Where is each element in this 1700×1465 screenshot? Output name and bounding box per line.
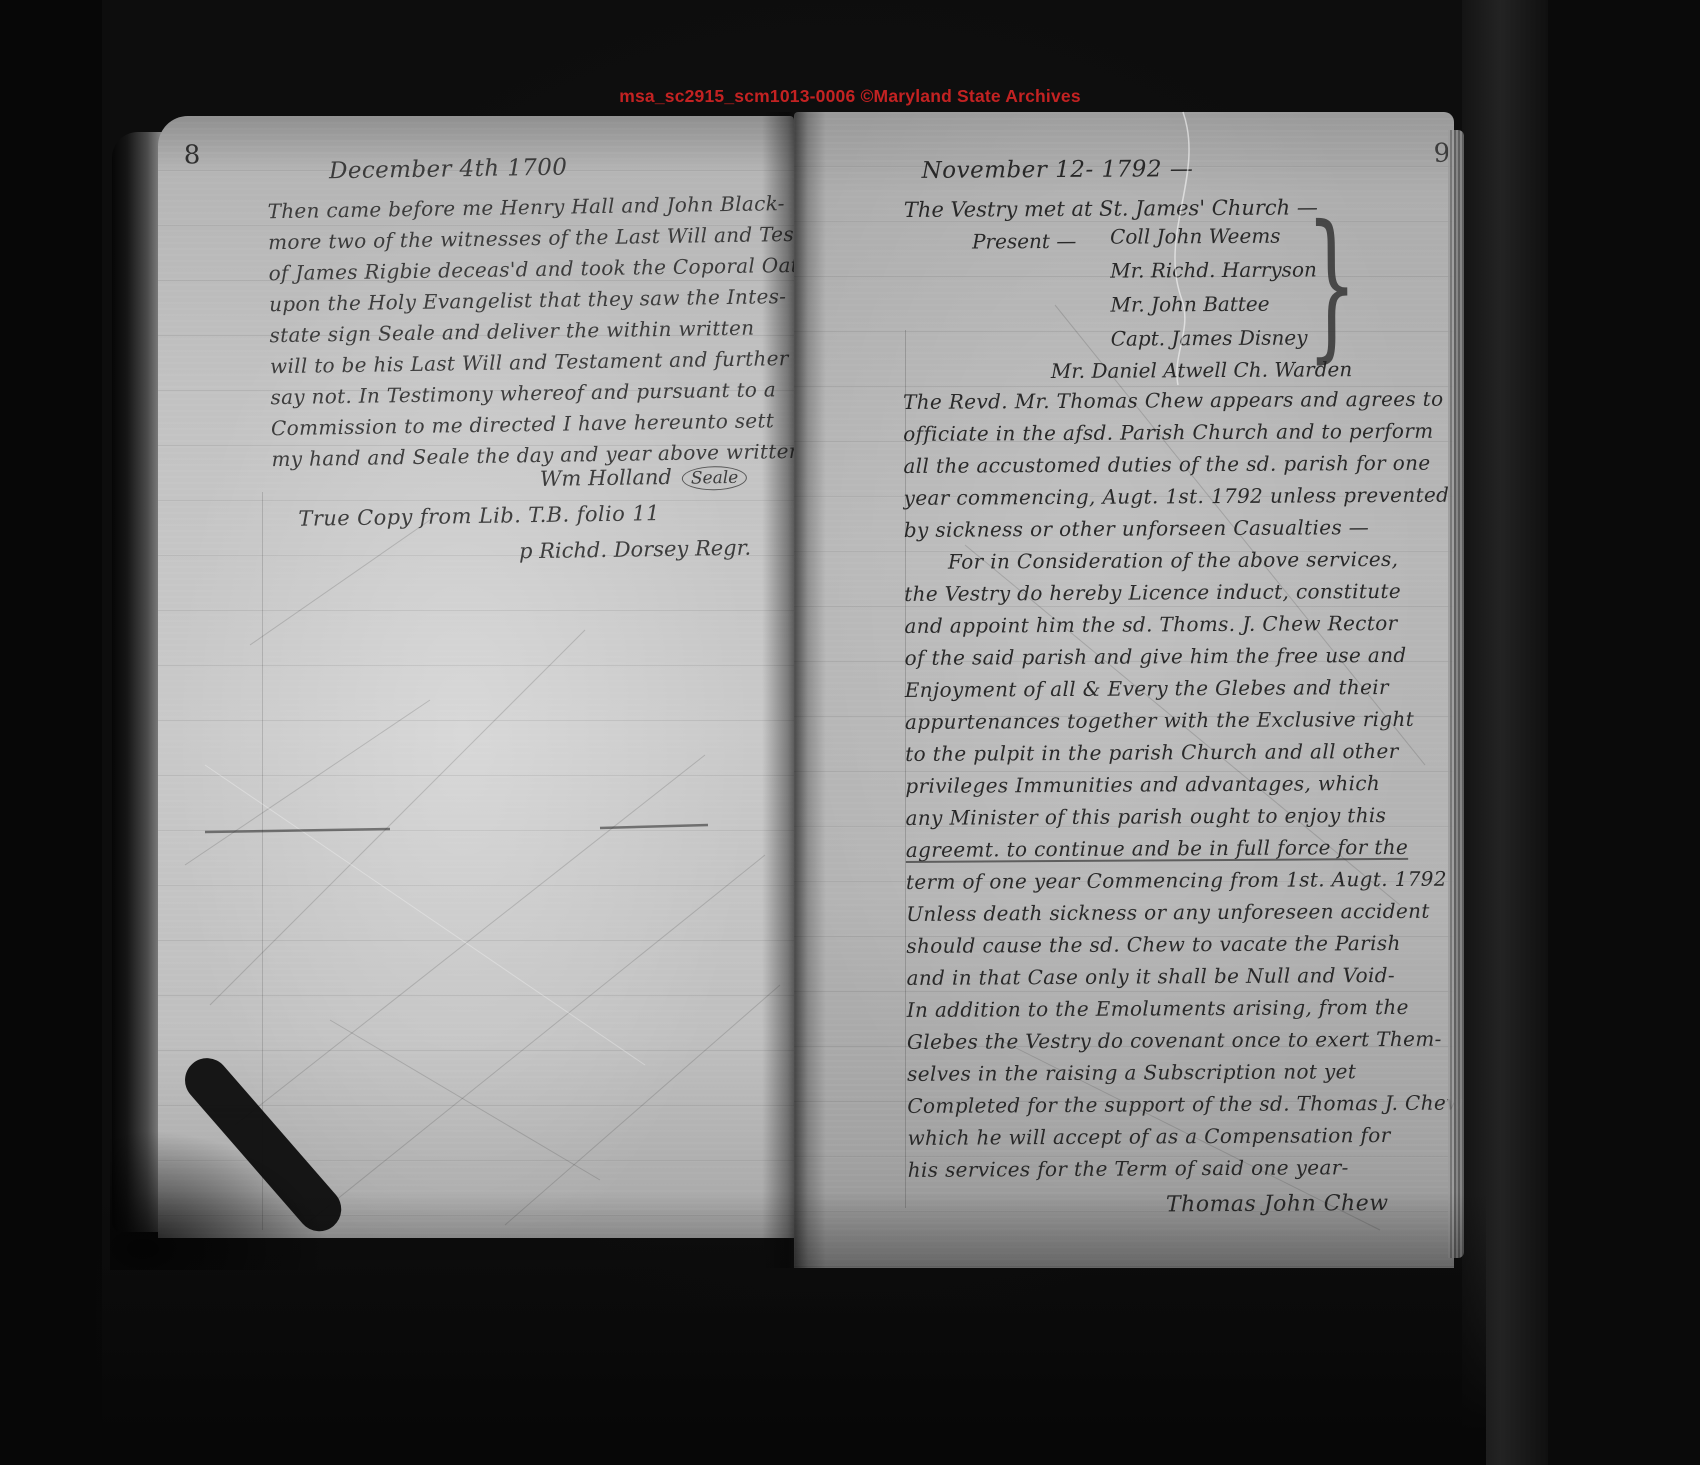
page-edge-stack [1448,130,1464,1258]
left-entry-body: Then came before me Henry Hall and John … [267,190,871,478]
manuscript-line: officiate in the afsd. Parish Church and… [903,419,1459,454]
manuscript-line: In addition to the Emoluments arising, f… [907,995,1463,1030]
registrar-signature: p Richd. Dorsey Regr. [519,536,751,564]
manuscript-line: selves in the raising a Subscription not… [907,1059,1463,1094]
attendee-name: Capt. James Disney [1111,325,1318,360]
scan-viewport: msa_sc2915_scm1013-0006 ©Maryland State … [0,0,1700,1465]
manuscript-line: Enjoyment of all & Every the Glebes and … [905,675,1461,710]
manuscript-line: the Vestry do hereby Licence induct, con… [904,579,1460,614]
true-copy-note: True Copy from Lib. T.B. folio 11 [298,501,660,531]
right-entry-body: The Revd. Mr. Thomas Chew appears and ag… [903,387,1464,1190]
archive-watermark: msa_sc2915_scm1013-0006 ©Maryland State … [0,86,1700,107]
right-entry-date: November 12- 1792 — [922,156,1194,184]
book-binding-edge [112,132,162,1232]
attendee-name: Mr. John Battee [1110,291,1317,326]
attendee-list: Coll John WeemsMr. Richd. HarrysonMr. Jo… [1110,223,1317,360]
brace-mark: } [1306,209,1358,359]
manuscript-line: which he will accept of as a Compensatio… [907,1123,1463,1158]
warden-line: Mr. Daniel Atwell Ch. Warden [1051,357,1352,383]
left-page-text: 8 December 4th 1700 Then came before me … [156,107,810,1239]
signature-thomas-john-chew: Thomas John Chew [1166,1191,1389,1217]
background-column [1462,0,1548,1465]
manuscript-line: his services for the Term of said one ye… [908,1155,1464,1190]
manuscript-line: and in that Case only it shall be Null a… [906,963,1462,998]
manuscript-line: agreemt. to continue and be in full forc… [906,835,1462,870]
manuscript-line: term of one year Commencing from 1st. Au… [906,867,1462,902]
manuscript-line: The Revd. Mr. Thomas Chew appears and ag… [903,387,1459,422]
right-page: 9 November 12- 1792 — The Vestry met at … [794,112,1454,1268]
page-number-left: 8 [183,140,200,170]
attendee-name: Coll John Weems [1110,223,1317,258]
manuscript-line: Unless death sickness or any unforeseen … [906,899,1462,934]
right-page-text: 9 November 12- 1792 — The Vestry met at … [793,109,1460,1269]
manuscript-line: to the pulpit in the parish Church and a… [905,739,1461,774]
manuscript-line: all the accustomed duties of the sd. par… [903,451,1459,486]
manuscript-line: year commencing, Augt. 1st. 1792 unless … [904,483,1460,518]
manuscript-line: For in Consideration of the above servic… [948,547,1460,582]
manuscript-line: Completed for the support of the sd. Tho… [907,1091,1463,1126]
manuscript-line: privileges Immunities and advantages, wh… [905,771,1461,806]
attendee-name: Mr. Richd. Harryson [1110,257,1317,292]
signature-row: Wm HollandSeale [540,464,748,493]
manuscript-line: by sickness or other unforseen Casualtie… [904,515,1460,550]
left-page: 8 December 4th 1700 Then came before me … [158,116,794,1238]
manuscript-line: appurtenances together with the Exclusiv… [905,707,1461,742]
left-entry-date: December 4th 1700 [329,155,568,185]
seal-mark: Seale [682,466,748,491]
manuscript-line: Glebes the Vestry do covenant once to ex… [907,1027,1463,1062]
manuscript-line: and appoint him the sd. Thoms. J. Chew R… [904,611,1460,646]
manuscript-line: any Minister of this parish ought to enj… [906,803,1462,838]
signature-wm-holland: Wm Holland [540,465,672,491]
manuscript-line: of the said parish and give him the free… [905,643,1461,678]
manuscript-line: should cause the sd. Chew to vacate the … [906,931,1462,966]
present-label: Present — [972,229,1076,254]
vestry-met-line: The Vestry met at St. James' Church — [904,195,1318,222]
